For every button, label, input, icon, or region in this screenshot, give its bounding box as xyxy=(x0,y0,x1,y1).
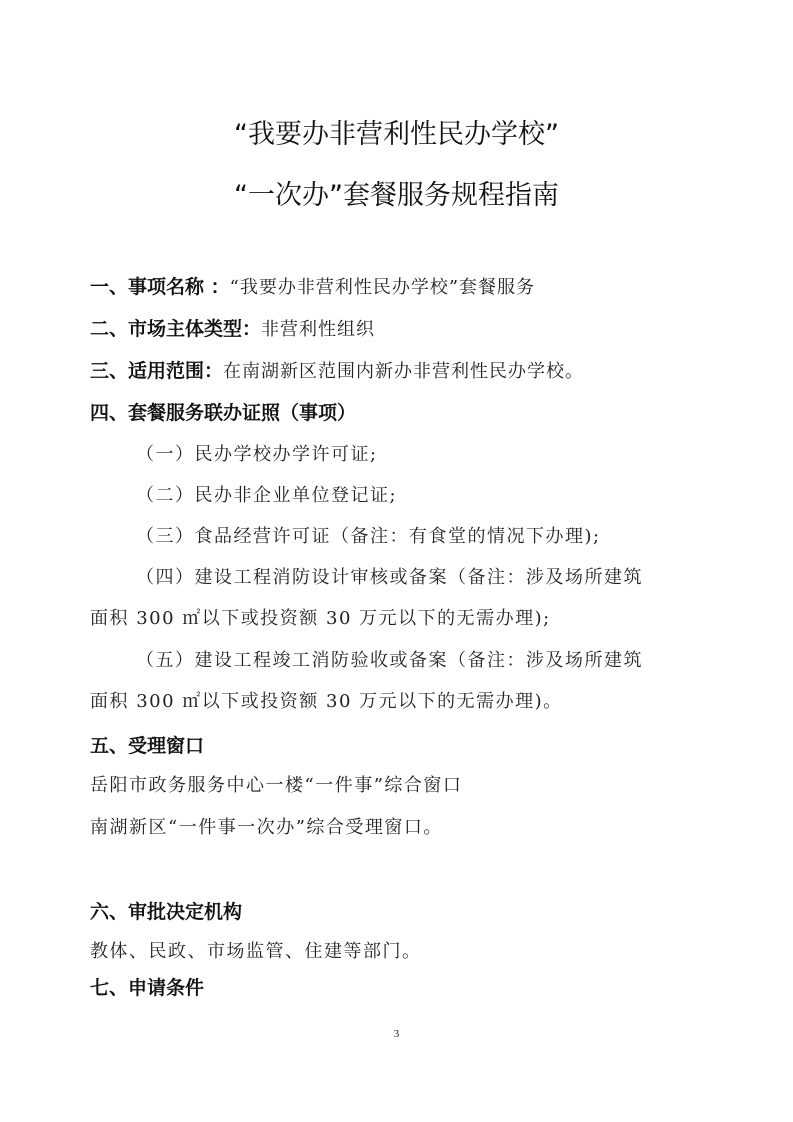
page-number: 3 xyxy=(0,1028,793,1040)
service-window-1: 岳阳市政务服务中心一楼“一件事”综合窗口 xyxy=(90,771,462,797)
section-2-heading: 二、市场主体类型： xyxy=(90,318,261,340)
license-item-4-continued: 面积 300 ㎡以下或投资额 30 万元以下的无需办理); xyxy=(90,604,551,630)
section-3: 三、适用范围：在南湖新区范围内新办非营利性民办学校。 xyxy=(90,356,584,383)
section-1-text: “我要办非营利性民办学校”套餐服务 xyxy=(230,277,535,298)
license-item-5-continued: 面积 300 ㎡以下或投资额 30 万元以下的无需办理)。 xyxy=(90,687,563,713)
service-window-2: 南湖新区“一件事一次办”综合受理窗口。 xyxy=(90,813,443,839)
section-2-text: 非营利性组织 xyxy=(261,319,375,340)
section-3-text: 在南湖新区范围内新办非营利性民办学校。 xyxy=(223,361,584,382)
section-1-heading: 一、事项名称 ： xyxy=(90,276,230,298)
section-1: 一、事项名称 ：“我要办非营利性民办学校”套餐服务 xyxy=(90,272,535,299)
license-item-4: （四）建设工程消防设计审核或备案（备注：涉及场所建筑 xyxy=(136,563,643,589)
approval-authorities: 教体、民政、市场监管、住建等部门。 xyxy=(90,937,422,963)
section-3-heading: 三、适用范围： xyxy=(90,360,223,382)
document-title-line-1: “我要办非营利性民办学校” xyxy=(0,112,793,151)
license-item-2: （二）民办非企业单位登记证; xyxy=(136,481,397,507)
section-4-heading: 四、套餐服务联办证照（事项） xyxy=(90,398,356,425)
section-2: 二、市场主体类型：非营利性组织 xyxy=(90,314,375,341)
document-page: “我要办非营利性民办学校” “一次办”套餐服务规程指南 一、事项名称 ：“我要办… xyxy=(0,0,793,1122)
license-item-3: （三）食品经营许可证（备注：有食堂的情况下办理); xyxy=(136,522,601,548)
license-item-1: （一）民办学校办学许可证; xyxy=(136,440,378,466)
section-7-heading: 七、申请条件 xyxy=(90,973,204,1000)
section-6-heading: 六、审批决定机构 xyxy=(90,897,242,924)
section-5-heading: 五、受理窗口 xyxy=(90,731,204,758)
document-title-line-2: “一次办”套餐服务规程指南 xyxy=(0,173,793,212)
license-item-5: （五）建设工程竣工消防验收或备案（备注：涉及场所建筑 xyxy=(136,646,643,672)
